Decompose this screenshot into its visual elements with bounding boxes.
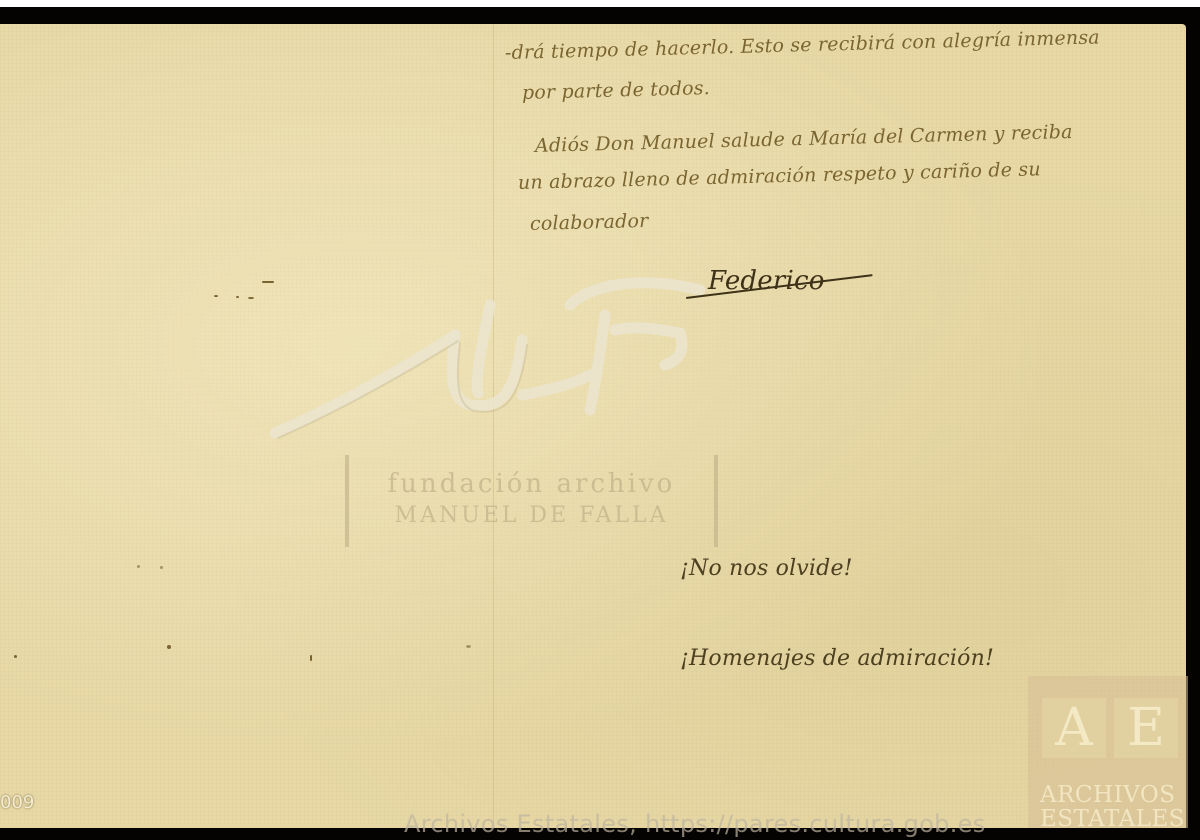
letter-line-5: colaborador [530,210,649,235]
ink-mark [14,655,17,658]
ink-mark [248,297,254,299]
ink-mark [262,281,274,283]
ink-mark [214,295,218,297]
ink-mark [310,655,312,661]
archive-credit-watermark: Archivos Estatales, https://pares.cultur… [404,810,986,838]
foundation-stamp-line1: fundación archivo [349,469,714,499]
ink-mark [167,645,171,649]
ink-mark [137,565,140,568]
ink-mark [236,296,239,298]
exclamation-homenajes: ¡Homenajes de admiración! [680,646,994,671]
embossed-monogram-watermark [260,275,710,445]
archivos-estatales-logo-watermark: A E ARCHIVOS ESTATALES [1028,676,1188,828]
ink-mark [466,645,471,648]
ae-letter-e: E [1114,698,1178,758]
reference-number-fragment: 009 [0,792,34,813]
ink-mark [160,566,163,569]
ae-letter-a: A [1042,698,1106,758]
foundation-stamp-watermark: fundación archivo MANUEL DE FALLA [345,455,718,547]
ae-label-estatales: ESTATALES [1040,806,1190,832]
exclamation-no-nos-olvide: ¡No nos olvide! [680,556,853,581]
foundation-stamp-line2: MANUEL DE FALLA [349,503,714,528]
ae-label-archivos: ARCHIVOS [1040,782,1190,808]
